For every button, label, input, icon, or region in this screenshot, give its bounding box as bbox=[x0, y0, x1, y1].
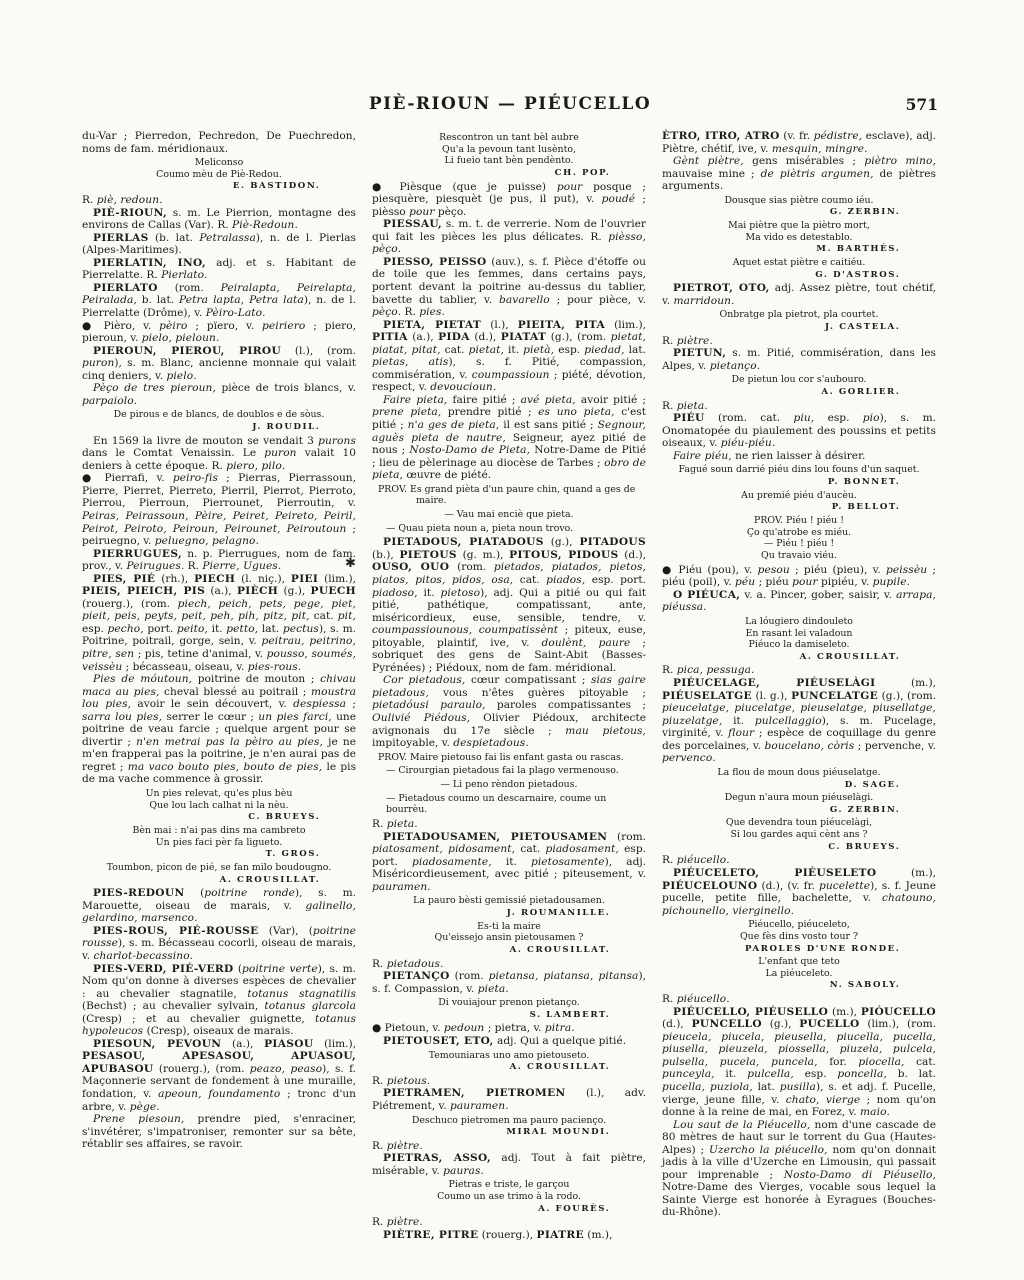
proverb-line: — Cirourgian pietadous fai la plago verm… bbox=[372, 765, 646, 777]
verse-attribution: A. CROUSILLAT. bbox=[662, 652, 936, 663]
dictionary-entry: O PIÉUCA, v. a. Pincer, gober, saisir, v… bbox=[662, 589, 936, 614]
dictionary-entry: PIES-ROUS, PIÉ-ROUSSE (Var), (poitrine r… bbox=[82, 925, 356, 963]
reference-paragraph: R. pietadous. bbox=[372, 958, 646, 971]
reference-paragraph: R. piètre. bbox=[662, 335, 936, 348]
dictionary-entry: PIÉUCELLO, PIÉUSELLO (m.), PIÓUCELLO (d.… bbox=[662, 1006, 936, 1119]
verse-line: Dousque sias piètre coumo iéu. bbox=[662, 195, 936, 207]
page-title: PIÈ-RIOUN — PIÉUCELLO bbox=[82, 94, 938, 114]
verse-attribution: N. SABOLY. bbox=[662, 980, 936, 991]
example-paragraph: Gènt piètre, gens misérables ; piètro mi… bbox=[662, 155, 936, 193]
dictionary-entry: PIETUN, s. m. Pitié, commisération, dans… bbox=[662, 347, 936, 372]
verse: Onbratge pla pietrot, pla courtet.J. CAS… bbox=[662, 309, 936, 332]
verse-line: Deschuco pietromen ma pauro pacienço. bbox=[372, 1115, 646, 1127]
verse-line: Qu travaio viéu. bbox=[662, 550, 936, 562]
reference-paragraph: R. piètre. bbox=[372, 1216, 646, 1229]
dictionary-entry: PIERLATO (rom. Peiralapta, Peirelapta, P… bbox=[82, 282, 356, 320]
verse-line: Toumbon, picon de pié, se fan milo boudo… bbox=[82, 862, 356, 874]
verse-line: La piéuceleto. bbox=[662, 968, 936, 980]
verse-attribution: G. ZERBIN. bbox=[662, 805, 936, 816]
dictionary-entry: PIETANÇO (rom. pietansa, piatansa, pitan… bbox=[372, 970, 646, 995]
verse-line: De pirous e de blancs, de doublos e de s… bbox=[82, 409, 356, 421]
verse: Que devendra toun piéucelàgi,Si lou gard… bbox=[662, 817, 936, 852]
verse-line: Piéuco la damiseleto. bbox=[662, 639, 936, 651]
example-paragraph: Pèço de tres pieroun, pièce de trois bla… bbox=[82, 382, 356, 407]
verse-attribution: G. D'ASTROS. bbox=[662, 270, 936, 281]
verse: Fagué soun darrié piéu dins lou founs d'… bbox=[662, 464, 936, 487]
verse-line: Fagué soun darrié piéu dins lou founs d'… bbox=[662, 464, 936, 476]
verse-line: Qu'a la pevoun tant lusènto, bbox=[372, 144, 646, 156]
verse-line: La lóugiero dindouleto bbox=[662, 616, 936, 628]
verse-attribution: C. BRUEYS. bbox=[82, 812, 356, 823]
verse-line: Piéucello, piéuceleto, bbox=[662, 919, 936, 931]
verse-line: Meliconso bbox=[82, 157, 356, 169]
verse-attribution: S. LAMBERT. bbox=[372, 1010, 646, 1021]
dictionary-entry: PIETOUSET, ETO, adj. Qui a quelque pitié… bbox=[372, 1035, 646, 1048]
cross-reference-paragraph: ● Pietoun, v. pedoun ; pietra, v. pitra. bbox=[372, 1022, 646, 1035]
verse: Di vouiajour prenon pietanço.S. LAMBERT. bbox=[372, 997, 646, 1020]
verse-line: Si lou gardes aqui cènt ans ? bbox=[662, 829, 936, 841]
verse: La pauro bèsti gemissié pietadousamen.J.… bbox=[372, 895, 646, 918]
verse: La flou de moun dous piéuselatge.D. SAGE… bbox=[662, 767, 936, 790]
verse-attribution: A. FOURÈS. bbox=[372, 1204, 646, 1215]
verse: Deschuco pietromen ma pauro pacienço.MIR… bbox=[372, 1115, 646, 1138]
dictionary-entry: PIEROUN, PIEROU, PIROU (l.), (rom. puron… bbox=[82, 345, 356, 383]
reference-paragraph: R. piètre. bbox=[372, 1140, 646, 1153]
verse-line: Un pies faci pèr fa ligueto. bbox=[82, 837, 356, 849]
verse-line: En rasant lei valadoun bbox=[662, 628, 936, 640]
verse-attribution: P. BONNET. bbox=[662, 477, 936, 488]
verse: Degun n'aura moun piéuselàgi.G. ZERBIN. bbox=[662, 792, 936, 815]
verse-line: Es-ti la maire bbox=[372, 921, 646, 933]
page-number: 571 bbox=[906, 95, 938, 114]
verse-attribution: A. CROUSILLAT. bbox=[82, 875, 356, 886]
verse-line: Li fueio tant bèn pendènto. bbox=[372, 155, 646, 167]
verse-attribution: J. CASTELA. bbox=[662, 322, 936, 333]
paragraph-continuation: ÈTRO, ITRO, ATRO (v. fr. pédistre, escla… bbox=[662, 130, 936, 155]
dictionary-entry: PIESSAU, s. m. t. de verrerie. Nom de l'… bbox=[372, 218, 646, 256]
page-content: du-Var ; Pierredon, Pechredon, De Puechr… bbox=[82, 130, 938, 1242]
dictionary-entry: PIETRAMEN, PIETROMEN (l.), adv. Piétreme… bbox=[372, 1087, 646, 1112]
verse: Temouniaras uno amo pietouseto.A. CROUSI… bbox=[372, 1050, 646, 1073]
verse-line: Aquet estat piètre e caitiéu. bbox=[662, 257, 936, 269]
verse-line: Ma vido es detestablo. bbox=[662, 232, 936, 244]
verse-attribution: M. BARTHÉS. bbox=[662, 244, 936, 255]
verse-line: — Piéu ! piéu ! bbox=[662, 538, 936, 550]
proverb-line: — Quau pieta noun a, pieta noun trovo. bbox=[372, 523, 646, 535]
verse-attribution: MIRAL MOUNDI. bbox=[372, 1127, 646, 1138]
verse: Mai piètre que la piètro mort,Ma vido es… bbox=[662, 220, 936, 255]
dictionary-page: PIÈ-RIOUN — PIÉUCELLO 571 ✱ du-Var ; Pie… bbox=[0, 0, 1024, 1280]
verse-attribution: A. CROUSILLAT. bbox=[372, 1062, 646, 1073]
verse-line: Bèn mai : n'ai pas dins ma cambreto bbox=[82, 825, 356, 837]
example-paragraph: Cor pietadous, cœur compatissant ; sias … bbox=[372, 674, 646, 749]
dictionary-entry: PIESSO, PEISSO (auv.), s. f. Pièce d'éto… bbox=[372, 256, 646, 319]
paragraph-continuation: du-Var ; Pierredon, Pechredon, De Puechr… bbox=[82, 130, 356, 155]
cross-reference-paragraph: ● Pièro, v. pèiro ; pïero, v. peiriero ;… bbox=[82, 320, 356, 345]
running-head: PIÈ-RIOUN — PIÉUCELLO 571 bbox=[82, 94, 938, 118]
verse-attribution: D. SAGE. bbox=[662, 780, 936, 791]
dictionary-entry: PIÈ-RIOUN, s. m. Le Pierrion, montagne d… bbox=[82, 207, 356, 232]
verse-line: Onbratge pla pietrot, pla courtet. bbox=[662, 309, 936, 321]
proverb-line: — Pietadous coumo un descarnaire, coume … bbox=[372, 793, 646, 816]
proverb: PROV. Maire pietouso fai lis enfant gast… bbox=[372, 752, 646, 764]
reference-paragraph: R. pieta. bbox=[372, 818, 646, 831]
dictionary-entry: PIETRAS, ASSO, adj. Tout à fait piètre, … bbox=[372, 1152, 646, 1177]
verse-attribution: E. BASTIDON. bbox=[82, 181, 356, 192]
dictionary-entry: PIES, PIÉ (rh.), PIECH (l. niç.), PIEI (… bbox=[82, 573, 356, 673]
verse: PROV. Piéu ! piéu !Ço qu'atrobe es miéu.… bbox=[662, 515, 936, 562]
verse-line: L'enfant que teto bbox=[662, 956, 936, 968]
verse-line: Temouniaras uno amo pietouseto. bbox=[372, 1050, 646, 1062]
dictionary-entry: PIERLATIN, INO, adj. et s. Habitant de P… bbox=[82, 257, 356, 282]
example-paragraph: Faire piéu, ne rien laisser à désirer. bbox=[662, 450, 936, 463]
verse: De pietun lou cor s'aubouro.A. GORLIER. bbox=[662, 374, 936, 397]
verse-attribution: A. GORLIER. bbox=[662, 387, 936, 398]
example-paragraph: Lou saut de la Piéucello, nom d'une casc… bbox=[662, 1119, 936, 1219]
verse-line: Un pies relevat, qu'es plus bèu bbox=[82, 788, 356, 800]
verse-line: Ço qu'atrobe es miéu. bbox=[662, 527, 936, 539]
verse: L'enfant que tetoLa piéuceleto.N. SABOLY… bbox=[662, 956, 936, 991]
verse-attribution: CH. POP. bbox=[372, 168, 646, 179]
verse-attribution: J. ROUMANILLE. bbox=[372, 908, 646, 919]
reference-paragraph: R. pieta. bbox=[662, 400, 936, 413]
verse: La lóugiero dindouletoEn rasant lei vala… bbox=[662, 616, 936, 663]
cross-reference-paragraph: ● Piéu (pou), v. pesou ; piéu (pieu), v.… bbox=[662, 564, 936, 589]
dictionary-entry: PIÉU (rom. cat. piu, esp. pio), s. m. On… bbox=[662, 412, 936, 450]
dictionary-entry: PIES-VERD, PIÉ-VERD (poitrine verte), s.… bbox=[82, 963, 356, 1038]
verse-attribution: T. GROS. bbox=[82, 849, 356, 860]
verse-line: Qu'eissejo ansin pietousamen ? bbox=[372, 932, 646, 944]
verse-attribution: PAROLES D'UNE RONDE. bbox=[662, 944, 936, 955]
column-3: ÈTRO, ITRO, ATRO (v. fr. pédistre, escla… bbox=[662, 130, 936, 1242]
verse: Es-ti la maireQu'eissejo ansin pietousam… bbox=[372, 921, 646, 956]
column-1: du-Var ; Pierredon, Pechredon, De Puechr… bbox=[82, 130, 356, 1242]
proverb-line: — Vau mai enciè que pieta. bbox=[372, 509, 646, 521]
verse: Piéucello, piéuceleto,Que fès dins vosto… bbox=[662, 919, 936, 954]
verse-line: Au premié piéu d'aucèu. bbox=[662, 490, 936, 502]
dictionary-entry: PIERLAS (b. lat. Petralassa), n. de l. P… bbox=[82, 232, 356, 257]
verse: Pietras e triste, le garçouCoumo un ase … bbox=[372, 1179, 646, 1214]
dictionary-entry: PIÉUCELAGE, PIÉUSELÀGI (m.), PIÉUSELATGE… bbox=[662, 677, 936, 765]
reference-paragraph: R. pietous. bbox=[372, 1075, 646, 1088]
column-2: Rescontron un tant bèl aubreQu'a la pevo… bbox=[372, 130, 646, 1242]
verse-attribution: J. ROUDIL. bbox=[82, 422, 356, 433]
dictionary-entry: PIETROT, OTO, adj. Assez piètre, tout ch… bbox=[662, 282, 936, 307]
dictionary-entry: PIETADOUSAMEN, PIETOUSAMEN (rom. piatosa… bbox=[372, 831, 646, 894]
verse-line: Di vouiajour prenon pietanço. bbox=[372, 997, 646, 1009]
example-paragraph: Prene piesoun, prendre pied, s'enraciner… bbox=[82, 1113, 356, 1151]
verse-line: Mai piètre que la piètro mort, bbox=[662, 220, 936, 232]
proverb-line: — Li peno rèndon pietadous. bbox=[372, 779, 646, 791]
verse-line: Degun n'aura moun piéuselàgi. bbox=[662, 792, 936, 804]
cross-reference-paragraph: ● Pièsque (que je puisse) pour posque ; … bbox=[372, 181, 646, 219]
verse: Toumbon, picon de pié, se fan milo boudo… bbox=[82, 862, 356, 885]
example-paragraph: Faire pieta, faire pitié ; avé pieta, av… bbox=[372, 394, 646, 482]
reference-paragraph: R. piéucello. bbox=[662, 854, 936, 867]
verse-attribution: C. BRUEYS. bbox=[662, 842, 936, 853]
verse-line: La pauro bèsti gemissié pietadousamen. bbox=[372, 895, 646, 907]
example-paragraph: En 1569 la livre de mouton se vendait 3 … bbox=[82, 435, 356, 473]
dictionary-entry: PIESOUN, PEVOUN (a.), PIASOU (lim.), PES… bbox=[82, 1038, 356, 1113]
dictionary-entry: PIES-REDOUN (poitrine ronde), s. m. Maro… bbox=[82, 887, 356, 925]
verse-line: Pietras e triste, le garçou bbox=[372, 1179, 646, 1191]
verse: MeliconsoCoumo mèu de Piè-Redou.E. BASTI… bbox=[82, 157, 356, 192]
dictionary-entry: PIETADOUS, PIATADOUS (g.), PITADOUS (b.)… bbox=[372, 536, 646, 674]
dictionary-entry: PIÈTRE, PITRE (rouerg.), PIATRE (m.), bbox=[372, 1229, 646, 1242]
verse-attribution: P. BELLOT. bbox=[662, 502, 936, 513]
verse: Rescontron un tant bèl aubreQu'a la pevo… bbox=[372, 132, 646, 179]
dictionary-entry: PIERRUGUES, n. p. Pierrugues, nom de fam… bbox=[82, 548, 356, 573]
verse: Dousque sias piètre coumo iéu.G. ZERBIN. bbox=[662, 195, 936, 218]
verse-line: PROV. Piéu ! piéu ! bbox=[662, 515, 936, 527]
verse: Au premié piéu d'aucèu.P. BELLOT. bbox=[662, 490, 936, 513]
dictionary-entry: PIETA, PIETAT (l.), PIEITA, PITA (lim.),… bbox=[372, 319, 646, 394]
proverb: PROV. Es grand pièta d'un paure chin, qu… bbox=[372, 484, 646, 507]
verse-attribution: G. ZERBIN. bbox=[662, 207, 936, 218]
cross-reference-paragraph: ● Pierrafi, v. peiro-fis ; Pierras, Pier… bbox=[82, 472, 356, 547]
verse-line: De pietun lou cor s'aubouro. bbox=[662, 374, 936, 386]
reference-paragraph: R. piéucello. bbox=[662, 993, 936, 1006]
verse-line: Que fès dins vosto tour ? bbox=[662, 931, 936, 943]
dictionary-entry: PIÉUCELETO, PIÉUSELETO (m.), PIÉUCELOUNO… bbox=[662, 867, 936, 917]
verse: Aquet estat piètre e caitiéu.G. D'ASTROS… bbox=[662, 257, 936, 280]
verse-attribution: A. CROUSILLAT. bbox=[372, 945, 646, 956]
verse-line: Coumo mèu de Piè-Redou. bbox=[82, 169, 356, 181]
verse-line: Coumo un ase trimo à la rodo. bbox=[372, 1191, 646, 1203]
verse-line: Que devendra toun piéucelàgi, bbox=[662, 817, 936, 829]
verse-line: Que lou lach calhat ni la nèu. bbox=[82, 800, 356, 812]
reference-paragraph: R. piè, redoun. bbox=[82, 194, 356, 207]
verse-line: La flou de moun dous piéuselatge. bbox=[662, 767, 936, 779]
verse: Un pies relevat, qu'es plus bèuQue lou l… bbox=[82, 788, 356, 823]
reference-paragraph: R. pica, pessuga. bbox=[662, 664, 936, 677]
verse-line: Rescontron un tant bèl aubre bbox=[372, 132, 646, 144]
verse: De pirous e de blancs, de doublos e de s… bbox=[82, 409, 356, 432]
verse: Bèn mai : n'ai pas dins ma cambretoUn pi… bbox=[82, 825, 356, 860]
example-paragraph: Pies de móutoun, poitrine de mouton ; ch… bbox=[82, 673, 356, 786]
